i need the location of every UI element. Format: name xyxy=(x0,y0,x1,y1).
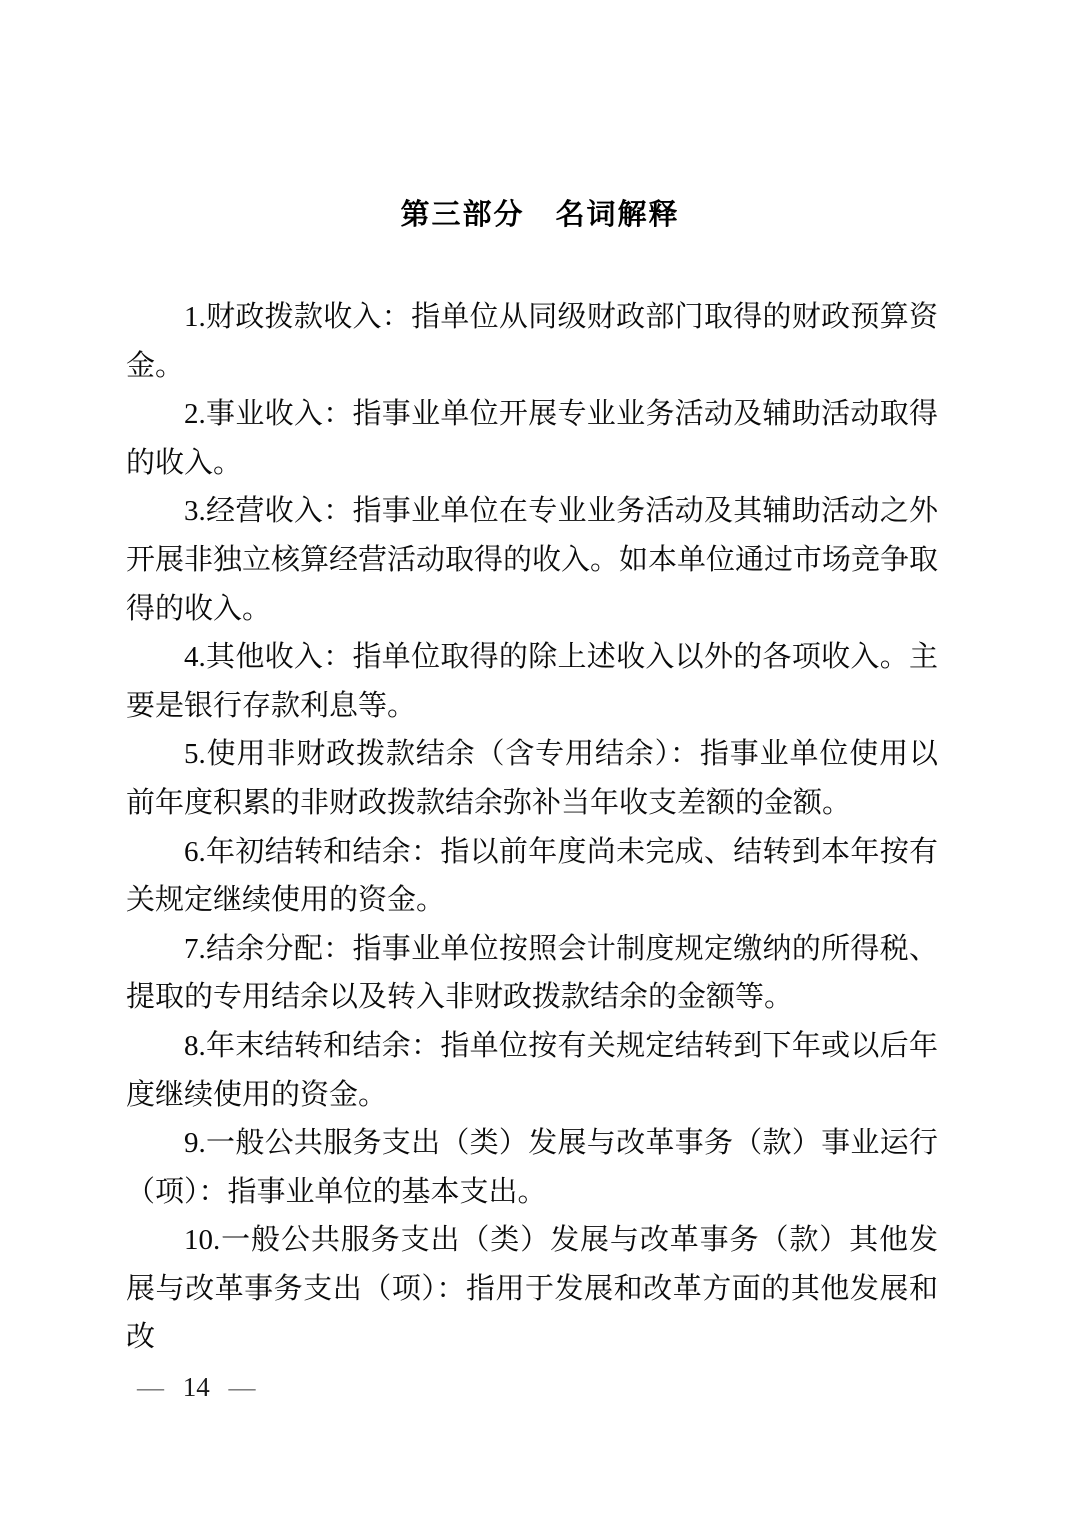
document-page: 第三部分 名词解释 1.财政拨款收入：指单位从同级财政部门取得的财政预算资金。 … xyxy=(0,0,1080,1527)
paragraph-5: 5.使用非财政拨款结余（含专用结余）：指事业单位使用以前年度积累的非财政拨款结余… xyxy=(126,730,938,827)
paragraph-7: 7.结余分配：指事业单位按照会计制度规定缴纳的所得税、提取的专用结余以及转入非财… xyxy=(126,925,938,1022)
paragraph-4: 4.其他收入：指单位取得的除上述收入以外的各项收入。主要是银行存款利息等。 xyxy=(126,633,938,730)
paragraph-1: 1.财政拨款收入：指单位从同级财政部门取得的财政预算资金。 xyxy=(126,293,938,390)
paragraph-8: 8.年末结转和结余：指单位按有关规定结转到下年或以后年度继续使用的资金。 xyxy=(126,1022,938,1119)
page-number: 14 xyxy=(183,1372,210,1402)
paragraph-9: 9.一般公共服务支出（类）发展与改革事务（款）事业运行（项）：指事业单位的基本支… xyxy=(126,1119,938,1216)
paragraph-10: 10.一般公共服务支出（类）发展与改革事务（款）其他发展与改革事务支出（项）：指… xyxy=(126,1216,938,1362)
paragraph-2: 2.事业收入：指事业单位开展专业业务活动及辅助活动取得的收入。 xyxy=(126,390,938,487)
paragraph-3: 3.经营收入：指事业单位在专业业务活动及其辅助活动之外开展非独立核算经营活动取得… xyxy=(126,487,938,633)
page-title: 第三部分 名词解释 xyxy=(0,192,1080,233)
paragraph-6: 6.年初结转和结余：指以前年度尚未完成、结转到本年按有关规定继续使用的资金。 xyxy=(126,828,938,925)
footer-dash-right: — xyxy=(229,1372,256,1402)
document-body: 1.财政拨款收入：指单位从同级财政部门取得的财政预算资金。 2.事业收入：指事业… xyxy=(126,293,938,1362)
page-footer: — 14 — xyxy=(137,1372,256,1402)
footer-dash-left: — xyxy=(137,1372,164,1402)
